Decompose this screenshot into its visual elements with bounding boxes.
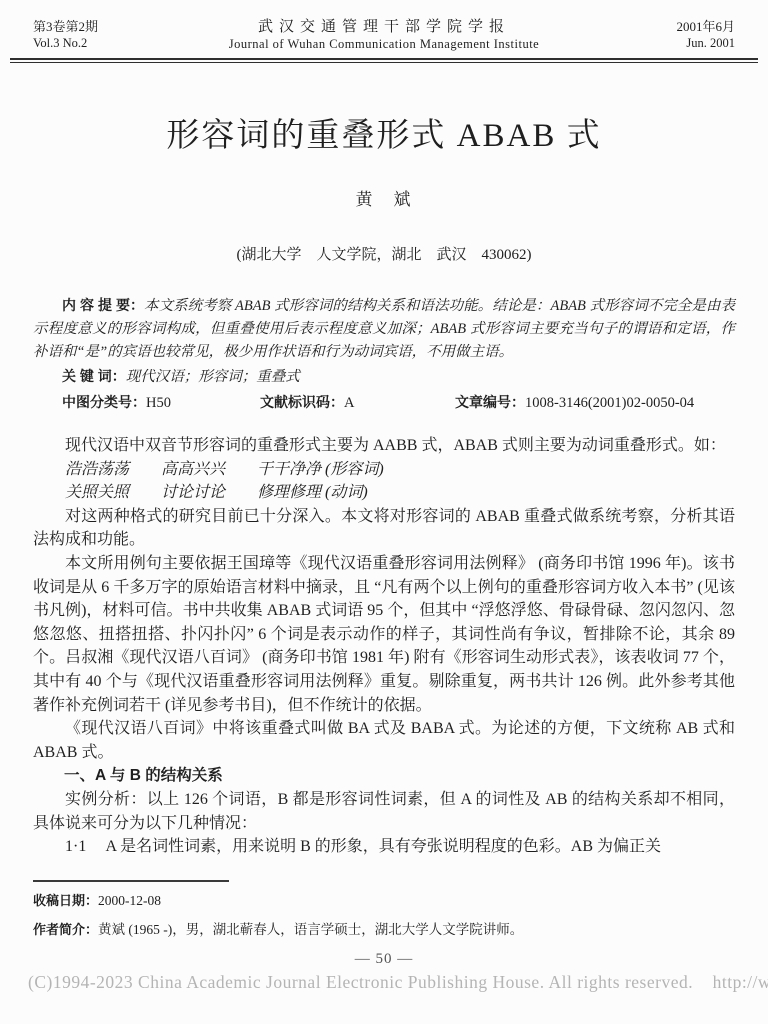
clc-label: 中图分类号：	[62, 394, 146, 410]
example-line-verbs: 关照关照 讨论讨论 修理修理 (动词)	[33, 481, 735, 505]
author-bio-line: 作者简介：黄斌 (1965 -)，男，湖北蕲春人，语言学硕士，湖北大学人文学院讲…	[33, 920, 735, 940]
issue-info: 第3卷第2期 Vol.3 No.2	[33, 18, 183, 52]
section-heading-1: 一、A 与 B 的结构关系	[33, 764, 735, 788]
journal-page: 第3卷第2期 Vol.3 No.2 武汉交通管理干部学院学报 Journal o…	[0, 0, 768, 1024]
abstract-label: 内 容 提 要：	[62, 297, 144, 313]
author-bio-value: 黄斌 (1965 -)，男，湖北蕲春人，语言学硕士，湖北大学人文学院讲师。	[98, 922, 523, 937]
article-id-label: 文章编号：	[455, 394, 525, 410]
example-line-adjectives: 浩浩荡荡 高高兴兴 干干净净 (形容词)	[33, 458, 735, 482]
doc-code-value: A	[344, 395, 354, 411]
journal-name-en: Journal of Wuhan Communication Managemen…	[183, 36, 585, 53]
header-divider	[10, 58, 758, 63]
received-date-line: 收稿日期：2000-12-08	[33, 891, 735, 911]
date-en: Jun. 2001	[585, 35, 735, 52]
paragraph: 1·1 A 是名词性词素，用来说明 B 的形象，具有夸张说明程度的色彩。AB 为…	[33, 835, 735, 859]
doc-code-item: 文献标识码：A	[260, 390, 455, 415]
keywords-label: 关 键 词：	[62, 368, 126, 384]
author-affiliation: (湖北大学 人文学院，湖北 武汉 430062)	[0, 243, 768, 264]
received-date-label: 收稿日期：	[33, 893, 98, 908]
journal-header: 第3卷第2期 Vol.3 No.2 武汉交通管理干部学院学报 Journal o…	[0, 0, 768, 53]
meta-row: 中图分类号：H50 文献标识码：A 文章编号：1008-3146(2001)02…	[33, 390, 735, 415]
doc-code-label: 文献标识码：	[260, 394, 344, 410]
keywords-line: 关 键 词：现代汉语；形容词；重叠式	[33, 365, 735, 389]
article-id-item: 文章编号：1008-3146(2001)02-0050-04	[455, 390, 735, 415]
article-body: 现代汉语中双音节形容词的重叠形式主要为 AABB 式，ABAB 式则主要为动词重…	[33, 434, 735, 859]
clc-value: H50	[146, 395, 171, 411]
header-divider-thin-line	[10, 62, 758, 63]
footnote-block: 收稿日期：2000-12-08 作者简介：黄斌 (1965 -)，男，湖北蕲春人…	[33, 880, 735, 940]
paragraph: 现代汉语中双音节形容词的重叠形式主要为 AABB 式，ABAB 式则主要为动词重…	[33, 434, 735, 458]
keywords-text: 现代汉语；形容词；重叠式	[126, 369, 300, 385]
abstract: 内 容 提 要：本文系统考察 ABAB 式形容词的结构关系和语法功能。结论是：A…	[33, 294, 735, 364]
article-id-value: 1008-3146(2001)02-0050-04	[525, 395, 694, 411]
date-cn: 2001年6月	[585, 18, 735, 35]
header-divider-thick-line	[10, 58, 758, 60]
journal-name-cn: 武汉交通管理干部学院学报	[183, 18, 585, 36]
issue-cn: 第3卷第2期	[33, 18, 183, 35]
paragraph: 对这两种格式的研究目前已十分深入。本文将对形容词的 ABAB 重叠式做系统考察，…	[33, 505, 735, 552]
issue-en: Vol.3 No.2	[33, 35, 183, 52]
paragraph: 本文所用例句主要依据王国璋等《现代汉语重叠形容词用法例释》 (商务印书馆 199…	[33, 552, 735, 717]
clc-item: 中图分类号：H50	[33, 390, 260, 415]
paragraph: 《现代汉语八百词》中将该重叠式叫做 BA 式及 BABA 式。为论述的方便，下文…	[33, 717, 735, 764]
journal-name: 武汉交通管理干部学院学报 Journal of Wuhan Communicat…	[183, 18, 585, 53]
paragraph: 实例分析：以上 126 个词语，B 都是形容词性词素，但 A 的词性及 AB 的…	[33, 788, 735, 835]
footnote-divider	[33, 880, 229, 882]
article-title: 形容词的重叠形式 ABAB 式	[0, 109, 768, 156]
page-number: — 50 —	[0, 951, 768, 968]
received-date-value: 2000-12-08	[98, 893, 161, 908]
article-author: 黄 斌	[0, 185, 768, 210]
copyright-watermark: (C)1994-2023 China Academic Journal Elec…	[28, 972, 768, 993]
author-bio-label: 作者简介：	[33, 922, 98, 937]
date-info: 2001年6月 Jun. 2001	[585, 18, 735, 52]
